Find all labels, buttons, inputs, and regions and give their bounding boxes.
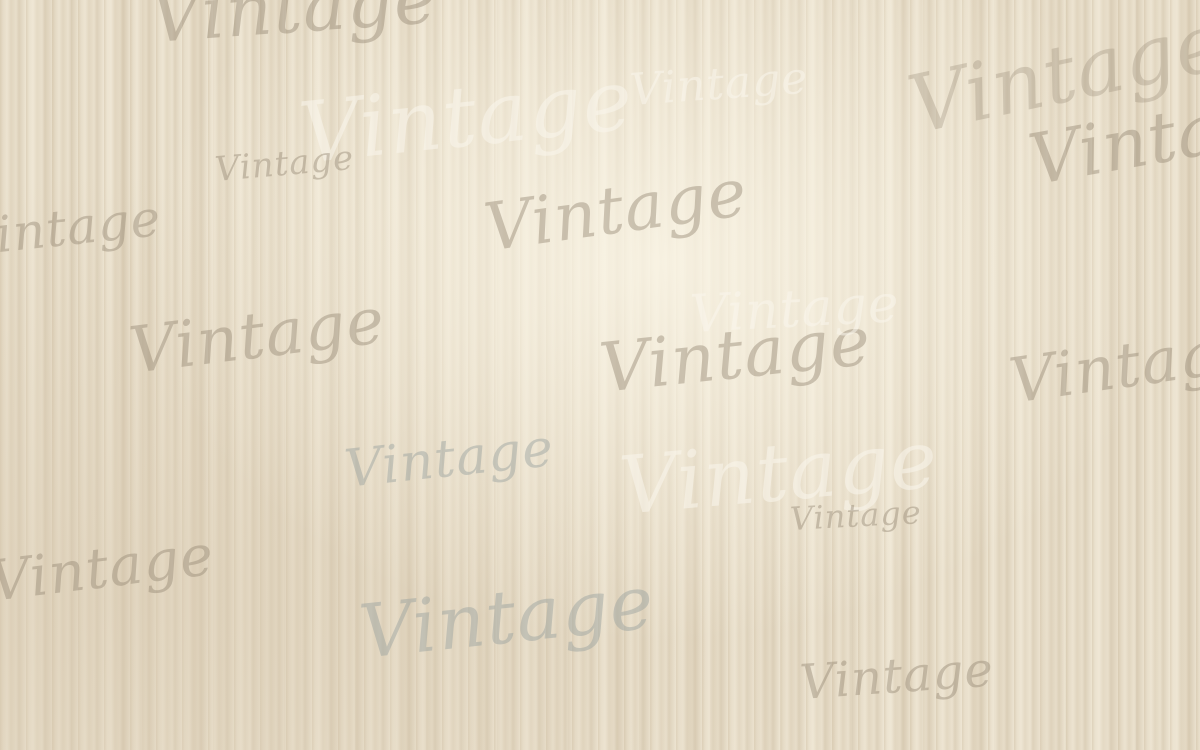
vintage-script-text: Vintage	[688, 274, 901, 345]
vintage-script-text: Vintage	[789, 493, 923, 538]
